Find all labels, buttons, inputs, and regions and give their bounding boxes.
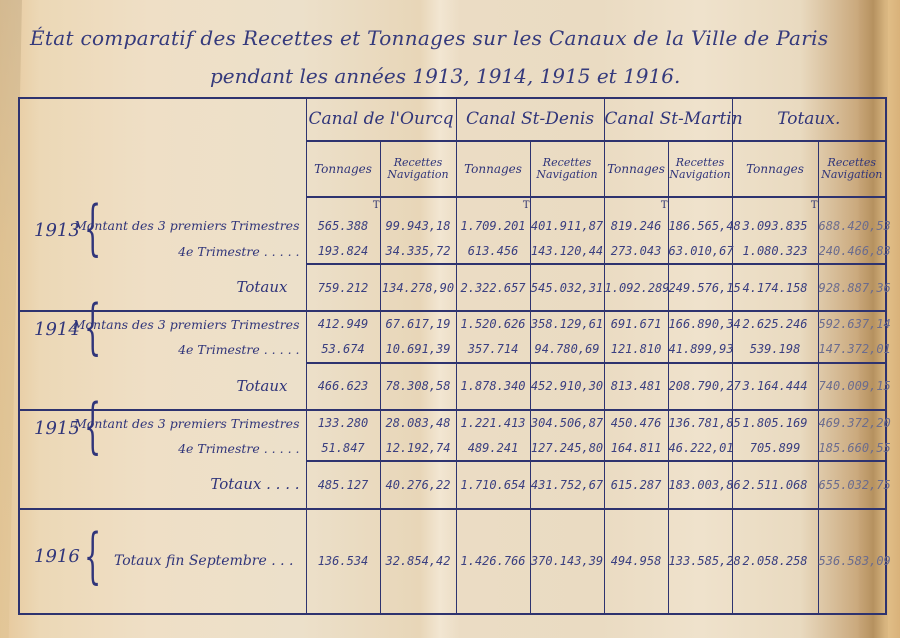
- brace-icon: {: [84, 297, 101, 357]
- cell: 655.032,75: [818, 461, 886, 508]
- cell: 740.009,15: [818, 363, 886, 410]
- cell: 615.287: [604, 461, 668, 508]
- cell: 166.890,34: [668, 311, 732, 337]
- cell: 40.276,22: [380, 461, 456, 508]
- cell: 565.388: [306, 214, 380, 239]
- cell: 1.878.340: [456, 363, 530, 410]
- cell: 705.899: [732, 436, 818, 462]
- cell: 51.847: [306, 436, 380, 462]
- cell: 34.335,72: [380, 238, 456, 264]
- cell: 819.246: [604, 214, 668, 239]
- cell: 2.511.068: [732, 461, 818, 508]
- cell: 613.456: [456, 238, 530, 264]
- unit-t: T: [456, 197, 530, 214]
- cell: 133.280: [306, 410, 380, 436]
- unit-t: T: [732, 197, 818, 214]
- cell: 1.221.413: [456, 410, 530, 436]
- brace-icon: {: [84, 198, 101, 258]
- row-label: 4e Trimestre . . . . .: [20, 441, 306, 456]
- cell: 2.625.246: [732, 311, 818, 337]
- cell: 357.714: [456, 337, 530, 363]
- cell: 208.790,27: [668, 363, 732, 410]
- cell: 186.565,48: [668, 214, 732, 239]
- cell: 1.520.626: [456, 311, 530, 337]
- cell: 183.003,86: [668, 461, 732, 508]
- cell: 28.083,48: [380, 410, 456, 436]
- row-label: Totaux: [20, 377, 306, 395]
- cell: 813.481: [604, 363, 668, 410]
- cell: 99.943,18: [380, 214, 456, 239]
- cell: 32.854,42: [380, 509, 456, 615]
- header-totaux: Totaux.: [732, 98, 886, 141]
- brace-icon: {: [84, 396, 101, 456]
- cell: 1.710.654: [456, 461, 530, 508]
- comparative-table: Canal de l'Ourcq Canal St-Denis Canal St…: [18, 97, 887, 615]
- table-row-1915-q4: 1915 { 4e Trimestre . . . . . 51.847 12.…: [19, 436, 886, 462]
- subheader-recettes: RecettesNavigation: [818, 141, 886, 197]
- cell: 94.780,69: [530, 337, 604, 363]
- cell: 193.824: [306, 238, 380, 264]
- cell: 147.372,01: [818, 337, 886, 363]
- cell: 928.887,36: [818, 264, 886, 311]
- year-label: 1914: [34, 319, 80, 340]
- year-label: 1913: [34, 220, 80, 241]
- table-row-1914-first3: Montans des 3 premiers Trimestres 412.94…: [19, 311, 886, 337]
- table-row-1913-q4: 1913 { 4e Trimestre . . . . . 193.824 34…: [19, 238, 886, 264]
- cell: 431.752,67: [530, 461, 604, 508]
- cell: 304.506,87: [530, 410, 604, 436]
- subheader-tonnages: Tonnages: [456, 141, 530, 197]
- table-row-1913-first3: Montant des 3 premiers Trimestres 565.38…: [19, 214, 886, 239]
- table-row-1916-fin-septembre: 1916 { Totaux fin Septembre . . . 136.53…: [19, 509, 886, 615]
- title-line-1: État comparatif des Recettes et Tonnages…: [30, 26, 828, 50]
- cell: 41.899,93: [668, 337, 732, 363]
- cell: 489.241: [456, 436, 530, 462]
- cell: 691.671: [604, 311, 668, 337]
- header-canal-st-denis: Canal St-Denis: [456, 98, 604, 141]
- row-label: 4e Trimestre . . . . .: [20, 244, 306, 259]
- subheader-recettes: RecettesNavigation: [380, 141, 456, 197]
- cell: 78.308,58: [380, 363, 456, 410]
- cell: 121.810: [604, 337, 668, 363]
- cell: 63.010,67: [668, 238, 732, 264]
- header-canal-st-martin: Canal St-Martin: [604, 98, 732, 141]
- cell: 3.164.444: [732, 363, 818, 410]
- header-canal-ourcq: Canal de l'Ourcq: [306, 98, 456, 141]
- brace-icon: {: [84, 526, 101, 586]
- cell: 143.120,44: [530, 238, 604, 264]
- cell: 46.222,01: [668, 436, 732, 462]
- cell: 469.372,20: [818, 410, 886, 436]
- cell: 592.637,14: [818, 311, 886, 337]
- unit-t: T: [306, 197, 380, 214]
- subheader-recettes: RecettesNavigation: [668, 141, 732, 197]
- cell: 759.212: [306, 264, 380, 311]
- cell: 136.534: [306, 509, 380, 615]
- cell: 12.192,74: [380, 436, 456, 462]
- cell: 450.476: [604, 410, 668, 436]
- cell: 412.949: [306, 311, 380, 337]
- cell: 466.623: [306, 363, 380, 410]
- unit-t: T: [604, 197, 668, 214]
- cell: 136.781,85: [668, 410, 732, 436]
- subheader-recettes: RecettesNavigation: [530, 141, 604, 197]
- cell: 1.805.169: [732, 410, 818, 436]
- empty-corner: [19, 98, 306, 214]
- subheader-tonnages: Tonnages: [732, 141, 818, 197]
- cell: 10.691,39: [380, 337, 456, 363]
- cell: 370.143,39: [530, 509, 604, 615]
- cell: 2.322.657: [456, 264, 530, 311]
- table-row-1914-q4: 1914 { 4e Trimestre . . . . . 53.674 10.…: [19, 337, 886, 363]
- cell: 127.245,80: [530, 436, 604, 462]
- cell: 545.032,31: [530, 264, 604, 311]
- year-label: 1916: [34, 546, 80, 567]
- cell: 185.660,55: [818, 436, 886, 462]
- cell: 539.198: [732, 337, 818, 363]
- cell: 1.426.766: [456, 509, 530, 615]
- cell: 1.080.323: [732, 238, 818, 264]
- cell: 2.058.258: [732, 509, 818, 615]
- row-label: Totaux . . . .: [20, 475, 306, 493]
- title-line-2: pendant les années 1913, 1914, 1915 et 1…: [210, 64, 680, 88]
- cell: 4.174.158: [732, 264, 818, 311]
- cell: 485.127: [306, 461, 380, 508]
- cell: 536.583,09: [818, 509, 886, 615]
- cell: 134.278,90: [380, 264, 456, 311]
- row-label: Totaux: [20, 278, 306, 296]
- table-row-1914-total: Totaux 466.623 78.308,58 1.878.340 452.9…: [19, 363, 886, 410]
- cell: 53.674: [306, 337, 380, 363]
- cell: 164.811: [604, 436, 668, 462]
- cell: 67.617,19: [380, 311, 456, 337]
- cell: 240.466,83: [818, 238, 886, 264]
- cell: 358.129,61: [530, 311, 604, 337]
- row-label: 4e Trimestre . . . . .: [20, 342, 306, 357]
- table-row-1915-first3: Montant des 3 premiers Trimestres 133.28…: [19, 410, 886, 436]
- cell: 1.092.289: [604, 264, 668, 311]
- cell: 401.911,87: [530, 214, 604, 239]
- subheader-tonnages: Tonnages: [604, 141, 668, 197]
- cell: 273.043: [604, 238, 668, 264]
- cell: 452.910,30: [530, 363, 604, 410]
- cell: 494.958: [604, 509, 668, 615]
- cell: 3.093.835: [732, 214, 818, 239]
- cell: 688.420,53: [818, 214, 886, 239]
- cell: 249.576,15: [668, 264, 732, 311]
- cell: 1.709.201: [456, 214, 530, 239]
- subheader-tonnages: Tonnages: [306, 141, 380, 197]
- table-row-1913-total: Totaux 759.212 134.278,90 2.322.657 545.…: [19, 264, 886, 311]
- cell: 133.585,28: [668, 509, 732, 615]
- year-label: 1915: [34, 418, 80, 439]
- table-row-1915-total: Totaux . . . . 485.127 40.276,22 1.710.6…: [19, 461, 886, 508]
